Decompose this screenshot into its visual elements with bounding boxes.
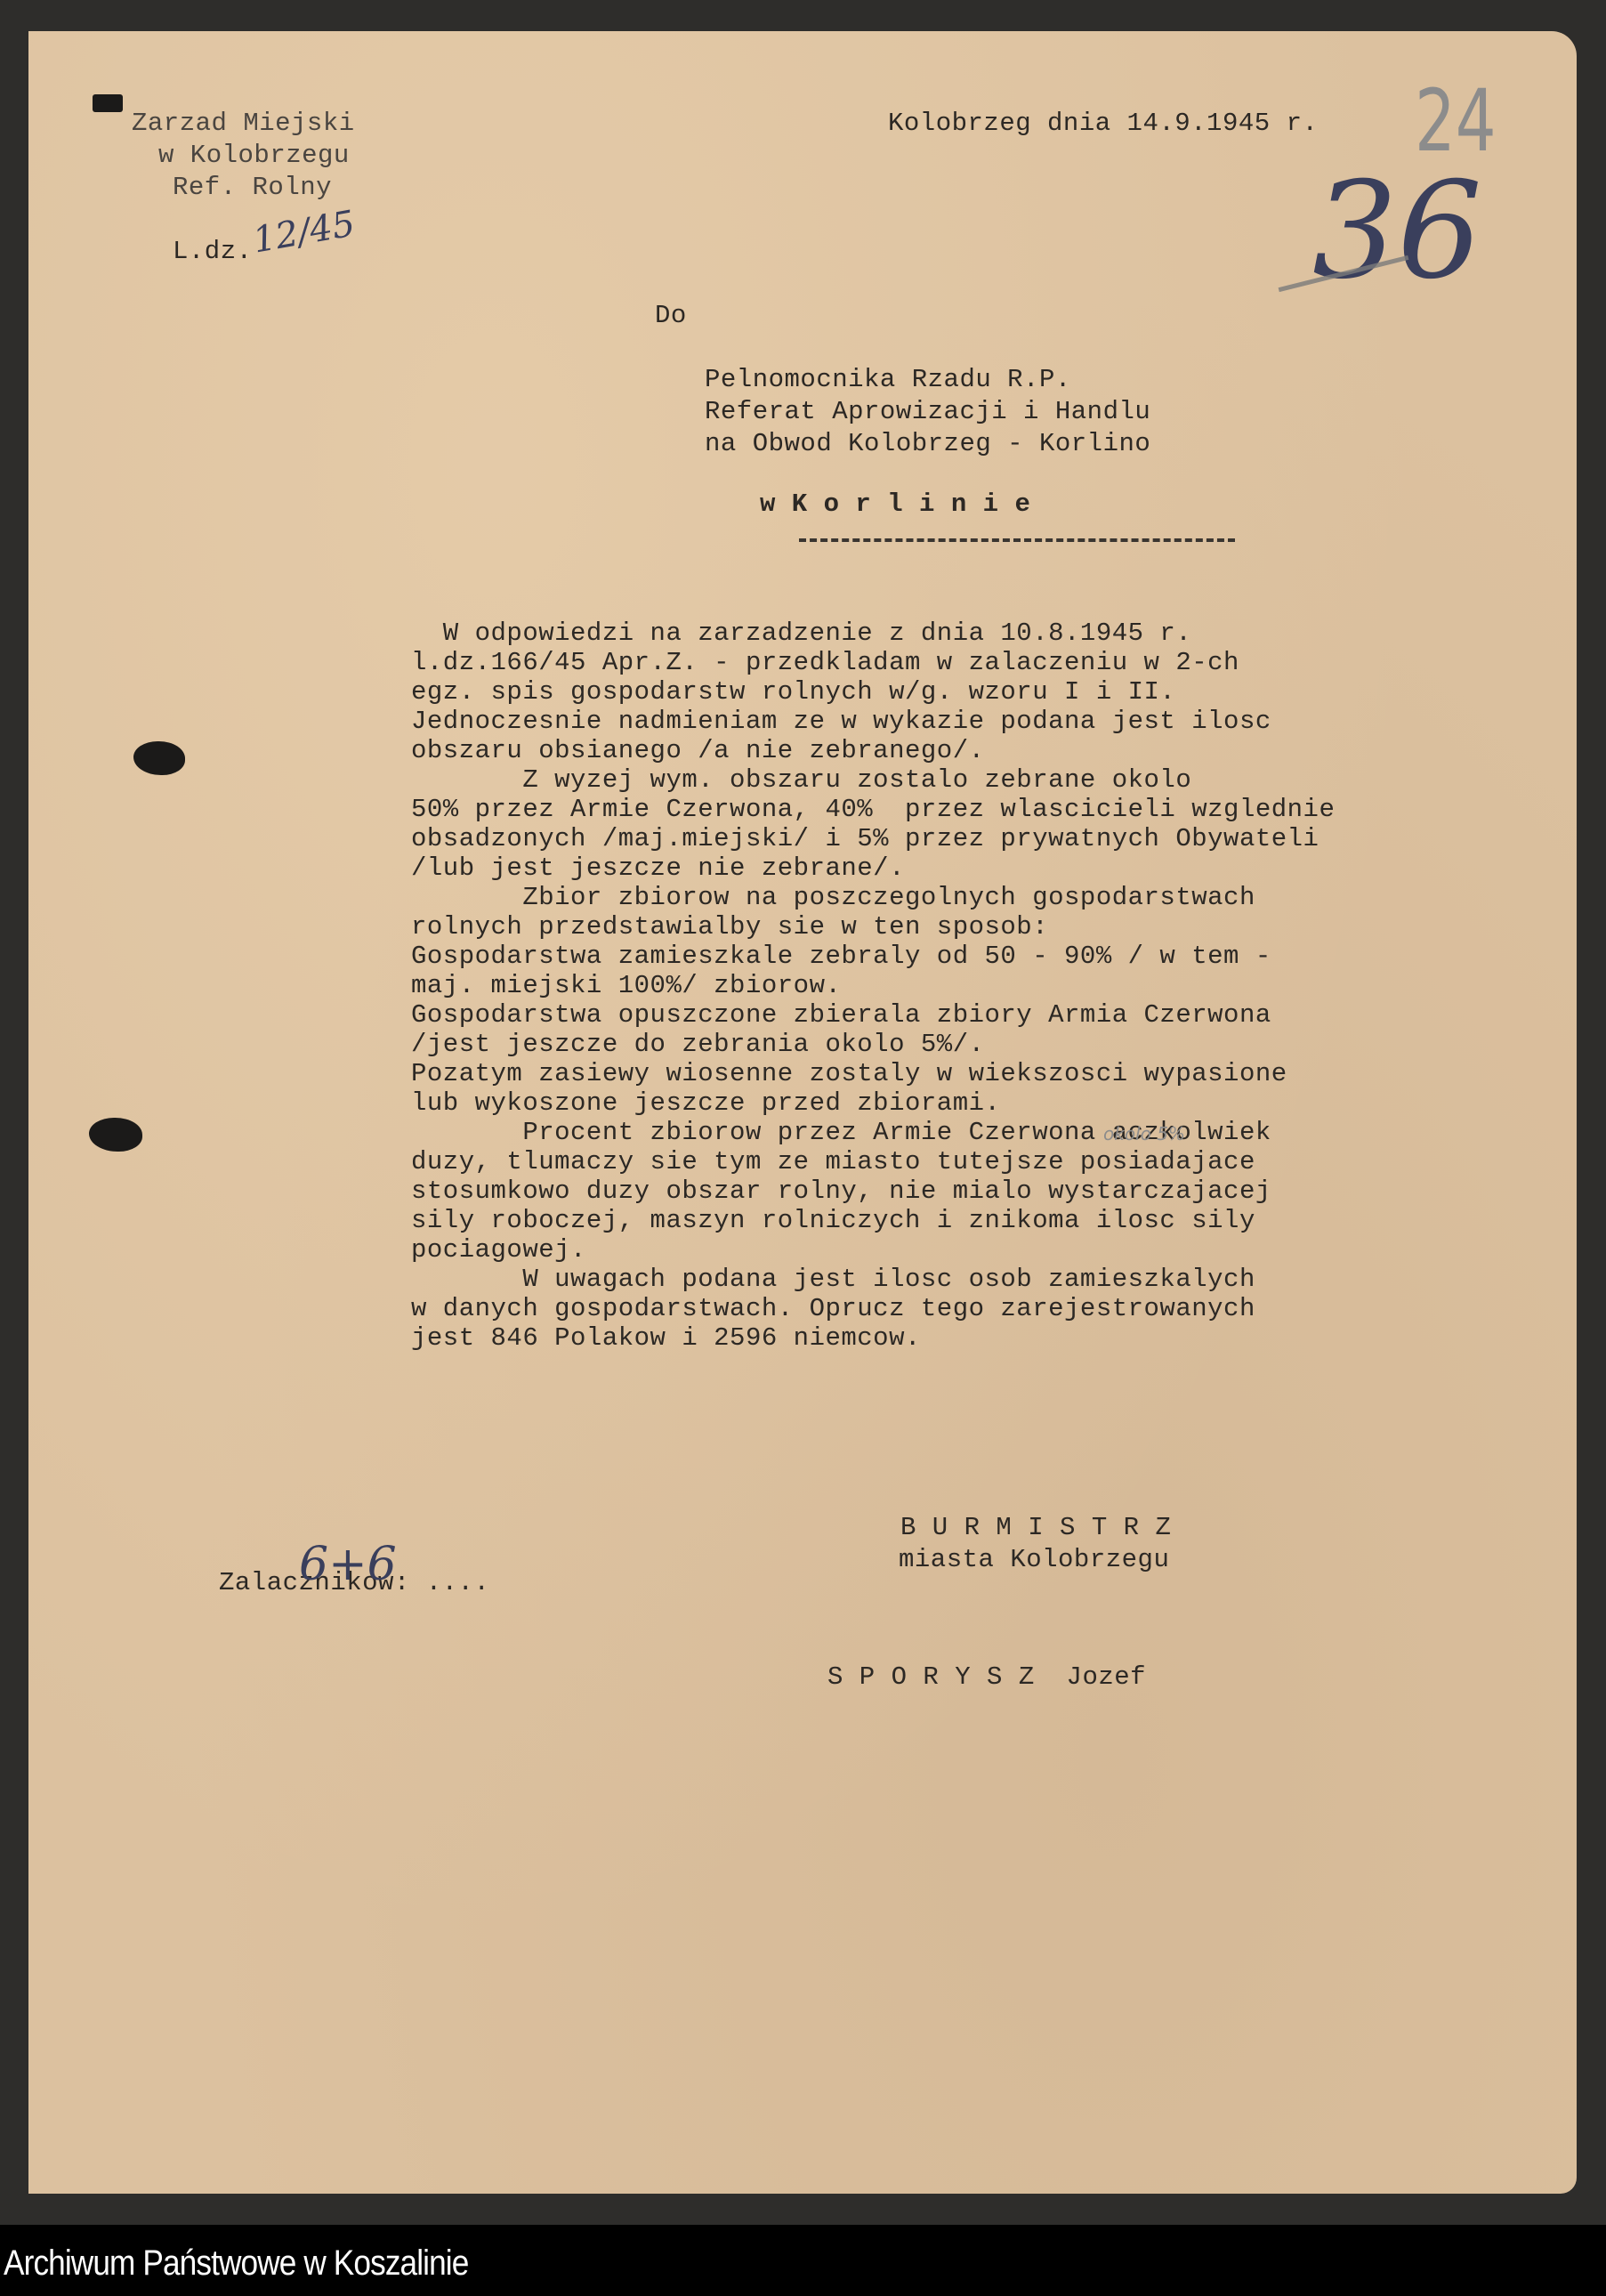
body-line: Gospodarstwa zamieszkale zebraly od 50 -… — [411, 942, 1335, 971]
body-line: rolnych przedstawialby sie w ten sposob: — [411, 912, 1335, 942]
body-line: jest 846 Polakow i 2596 niemcow. — [411, 1323, 1335, 1353]
date-line: Kolobrzeg dnia 14.9.1945 r. — [888, 109, 1318, 138]
recipient-salutation: Do — [655, 301, 687, 330]
body-line: egz. spis gospodarstw rolnych w/g. wzoru… — [411, 677, 1335, 707]
body-line: Gospodarstwa opuszczone zbierala zbiory … — [411, 1000, 1335, 1030]
recipient-place: w K o r l i n i e — [760, 489, 1030, 519]
body-line: obsadzonych /maj.miejski/ i 5% przez pry… — [411, 824, 1335, 853]
sender-line-2: w Kolobrzegu — [158, 141, 350, 170]
reference-number-label: L.dz. — [173, 237, 253, 266]
punch-hole-lower — [89, 1118, 142, 1152]
body-line: 50% przez Armie Czerwona, 40% przez wlas… — [411, 795, 1335, 824]
recipient-line-3: na Obwod Kolobrzeg - Korlino — [705, 429, 1150, 458]
body-line: l.dz.166/45 Apr.Z. - przedkladam w zalac… — [411, 648, 1335, 677]
body-line: W uwagach podana jest ilosc osob zamiesz… — [411, 1265, 1335, 1294]
body-line: obszaru obsianego /a nie zebranego/. — [411, 736, 1335, 765]
margin-note-pencil: okolo 5% — [1103, 1123, 1185, 1144]
body-line: Z wyzej wym. obszaru zostalo zebrane oko… — [411, 765, 1335, 795]
body-line: /lub jest jeszcze nie zebrane/. — [411, 853, 1335, 883]
recipient-line-2: Referat Aprowizacji i Handlu — [705, 397, 1150, 426]
body-line: maj. miejski 100%/ zbiorow. — [411, 971, 1335, 1000]
body-line: sily roboczej, maszyn rolniczych i zniko… — [411, 1206, 1335, 1235]
archive-caption: Archiwum Państwowe w Koszalinie — [4, 2243, 468, 2284]
body-line: lub wykoszone jeszcze przed zbiorami. — [411, 1088, 1335, 1118]
punch-hole-top — [93, 94, 123, 112]
signature-subtitle: miasta Kolobrzegu — [899, 1545, 1169, 1574]
body-line: W odpowiedzi na zarzadzenie z dnia 10.8.… — [411, 618, 1335, 648]
recipient-line-1: Pelnomocnika Rzadu R.P. — [705, 365, 1071, 394]
body-line: duzy, tlumaczy sie tym ze miasto tutejsz… — [411, 1147, 1335, 1176]
body-line: Pozatym zasiewy wiosenne zostaly w wieks… — [411, 1059, 1335, 1088]
body-line: Zbior zbiorow na poszczegolnych gospodar… — [411, 883, 1335, 912]
attachments-count-handwritten: 6+6 — [299, 1538, 397, 1591]
punch-hole-upper — [133, 741, 185, 775]
archive-folio-ink: 36 — [1312, 165, 1482, 298]
body-line: w danych gospodarstwach. Oprucz tego zar… — [411, 1294, 1335, 1323]
sender-line-1: Zarzad Miejski — [132, 109, 355, 138]
body-line: Jednoczesnie nadmieniam ze w wykazie pod… — [411, 707, 1335, 736]
signature-title: B U R M I S T R Z — [900, 1513, 1171, 1542]
body-line: stosumkowo duzy obszar rolny, nie mialo … — [411, 1176, 1335, 1206]
letter-body: W odpowiedzi na zarzadzenie z dnia 10.8.… — [411, 618, 1335, 1353]
signatory-name: S P O R Y S Z Jozef — [827, 1662, 1146, 1692]
sender-line-3: Ref. Rolny — [173, 173, 332, 202]
body-line: Procent zbiorow przez Armie Czerwona acz… — [411, 1118, 1335, 1147]
body-line: /jest jeszcze do zebrania okolo 5%/. — [411, 1030, 1335, 1059]
body-line: pociagowej. — [411, 1235, 1335, 1265]
place-underline — [799, 538, 1235, 542]
